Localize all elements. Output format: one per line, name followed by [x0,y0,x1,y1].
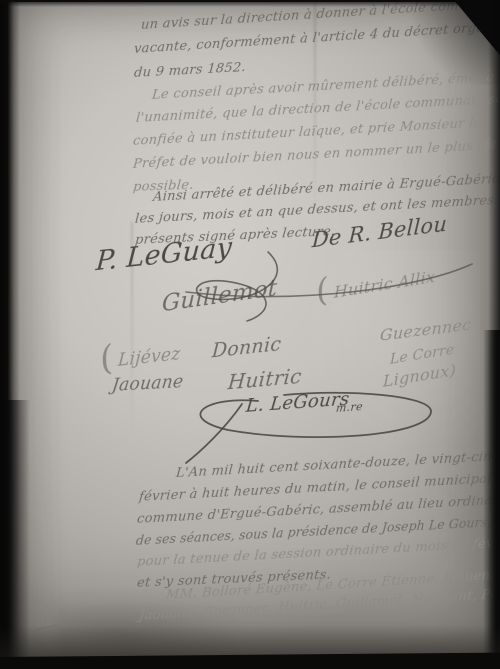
handwriting-layer: un avis sur la direction à donner à l'éc… [0,0,500,669]
manuscript-photo: un avis sur la direction à donner à l'éc… [0,0,500,669]
photo-right-edge-lower [483,330,500,669]
ink-flourishes [0,0,500,669]
bellou-underline-flourish [186,264,472,296]
legours-tail-flourish [186,404,242,463]
leguay-signature-flourish [197,252,278,321]
